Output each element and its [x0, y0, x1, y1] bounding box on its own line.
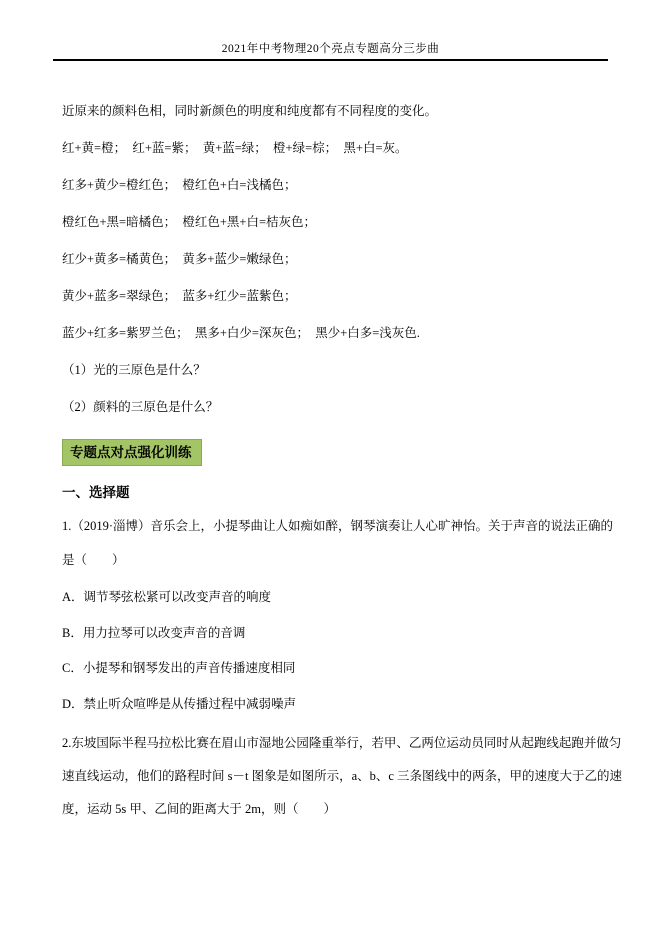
intro-paragraph: 近原来的颜料色相，同时新颜色的明度和纯度都有不同程度的变化。 — [62, 93, 621, 130]
section-banner: 专题点对点强化训练 — [62, 439, 202, 466]
question-2-line-2: 速直线运动，他们的路程时间 s－t 图象是如图所示，a、b、c 三条图线中的两条… — [62, 760, 621, 793]
question-1-option-d: D．禁止听众喧哗是从传播过程中减弱噪声 — [62, 687, 621, 723]
section-heading-multiple-choice: 一、选择题 — [62, 485, 621, 501]
question-2: 2.东坡国际半程马拉松比赛在眉山市湿地公园隆重举行，若甲、乙两位运动员同时从起跑… — [62, 727, 621, 826]
question-1-line-2: 是（ ） — [62, 543, 621, 577]
document-page: 2021年中考物理20个亮点专题高分三步曲 近原来的颜料色相，同时新颜色的明度和… — [0, 0, 661, 936]
question-2-line-3: 度，运动 5s 甲、乙间的距离大于 2m，则（ ） — [62, 793, 621, 826]
color-mixing-line-2: 红多+黄少=橙红色； 橙红色+白=浅橘色； — [62, 167, 621, 204]
question-2-line-1: 2.东坡国际半程马拉松比赛在眉山市湿地公园隆重举行，若甲、乙两位运动员同时从起跑… — [62, 727, 621, 760]
document-header: 2021年中考物理20个亮点专题高分三步曲 — [0, 0, 661, 61]
color-mixing-line-3: 橙红色+黑=暗橘色； 橙红色+黑+白=桔灰色； — [62, 204, 621, 241]
color-mixing-line-4: 红少+黄多=橘黄色； 黄多+蓝少=嫩绿色； — [62, 241, 621, 278]
document-body: 近原来的颜料色相，同时新颜色的明度和纯度都有不同程度的变化。 红+黄=橙； 红+… — [0, 61, 661, 826]
sub-question-1: （1）光的三原色是什么？ — [62, 352, 621, 389]
color-mixing-line-6: 蓝少+红多=紫罗兰色； 黑多+白少=深灰色； 黑少+白多=浅灰色. — [62, 315, 621, 352]
header-title: 2021年中考物理20个亮点专题高分三步曲 — [0, 42, 661, 56]
question-1-options: A．调节琴弦松紧可以改变声音的响度 B．用力拉琴可以改变声音的音调 C．小提琴和… — [62, 580, 621, 722]
question-1-line-1: 1.（2019·淄博）音乐会上，小提琴曲让人如痴如醉，钢琴演奏让人心旷神怡。关于… — [62, 509, 621, 543]
question-1: 1.（2019·淄博）音乐会上，小提琴曲让人如痴如醉，钢琴演奏让人心旷神怡。关于… — [62, 509, 621, 577]
color-mixing-line-1: 红+黄=橙； 红+蓝=紫； 黄+蓝=绿； 橙+绿=棕； 黑+白=灰。 — [62, 130, 621, 167]
sub-question-2: （2）颜料的三原色是什么？ — [62, 389, 621, 426]
question-1-option-c: C．小提琴和钢琴发出的声音传播速度相同 — [62, 651, 621, 687]
question-1-option-b: B．用力拉琴可以改变声音的音调 — [62, 616, 621, 652]
color-mixing-line-5: 黄少+蓝多=翠绿色； 蓝多+红少=蓝紫色； — [62, 278, 621, 315]
question-1-option-a: A．调节琴弦松紧可以改变声音的响度 — [62, 580, 621, 616]
